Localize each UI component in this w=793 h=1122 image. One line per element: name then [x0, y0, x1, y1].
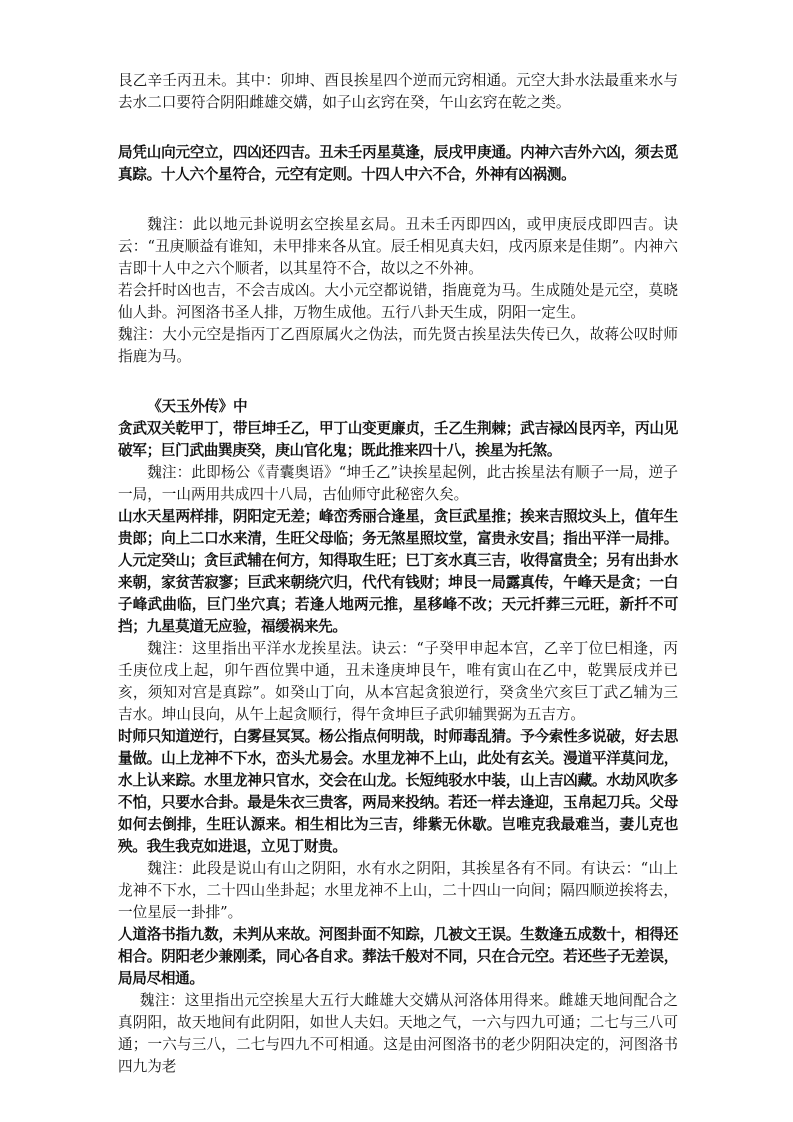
annotation-paragraph: 魏注：此段是说山有山之阴阳，水有水之阴阳，其挨星各有不同。有诀云：“山上龙神不下… — [118, 858, 678, 924]
annotation-paragraph: 魏注：这里指出元空挨星大五行大雌雄大交媾从河洛体用得来。雌雄天地间配合之真阴阳，… — [118, 990, 678, 1078]
spacer — [118, 186, 678, 214]
annotation-paragraph: 若会扦时凶也吉，不会吉成凶。大小元空都说错，指鹿竟为马。生成随处是元空，莫晓仙人… — [118, 280, 678, 324]
verse-paragraph: 贪武双关乾甲丁，带巨坤壬乙，甲丁山变更廉贞，壬乙生荆棘；武吉禄凶艮丙辛，丙山见破… — [118, 418, 678, 462]
verse-paragraph: 山水天星两样排，阴阳定无差；峰峦秀丽合逢星，贪巨武星推；挨来吉照坟头上，值年生贵… — [118, 506, 678, 638]
verse-paragraph: 人道洛书指九数，未判从来故。河图卦面不知踪，几被文王误。生数逢五成数十，相得还相… — [118, 924, 678, 990]
spacer — [118, 114, 678, 142]
verse-paragraph: 时师只知道逆行，白雾昼冥冥。杨公指点何明哉，时师毒乱猜。予今索性多说破，好去思量… — [118, 726, 678, 858]
annotation-paragraph: 魏注：此即杨公《青囊奥语》“坤壬乙”诀挨星起例，此古挨星法有顺子一局，逆子一局，… — [118, 462, 678, 506]
verse-paragraph: 局凭山向元空立，四凶还四吉。丑未壬丙星莫逢，辰戌甲庚通。内神六吉外六凶，须去觅真… — [118, 142, 678, 186]
annotation-paragraph: 魏注：大小元空是指丙丁乙酉原属火之伪法，而先贤古挨星法失传已久，故蒋公叹时师指鹿… — [118, 324, 678, 368]
spacer — [118, 368, 678, 396]
annotation-paragraph: 艮乙辛壬丙丑未。其中：卯坤、酉艮挨星四个逆而元窍相通。元空大卦水法最重来水与去水… — [118, 70, 678, 114]
annotation-paragraph: 魏注：这里指出平洋水龙挨星法。诀云：“子癸甲申起本宫，乙辛丁位巳相逢，丙壬庚位戌… — [118, 638, 678, 726]
annotation-paragraph: 魏注：此以地元卦说明玄空挨星玄局。丑未壬丙即四凶，或甲庚辰戌即四吉。诀云：“丑庚… — [118, 214, 678, 280]
section-heading: 《天玉外传》中 — [118, 396, 678, 418]
document-page: 艮乙辛壬丙丑未。其中：卯坤、酉艮挨星四个逆而元窍相通。元空大卦水法最重来水与去水… — [118, 70, 678, 1078]
